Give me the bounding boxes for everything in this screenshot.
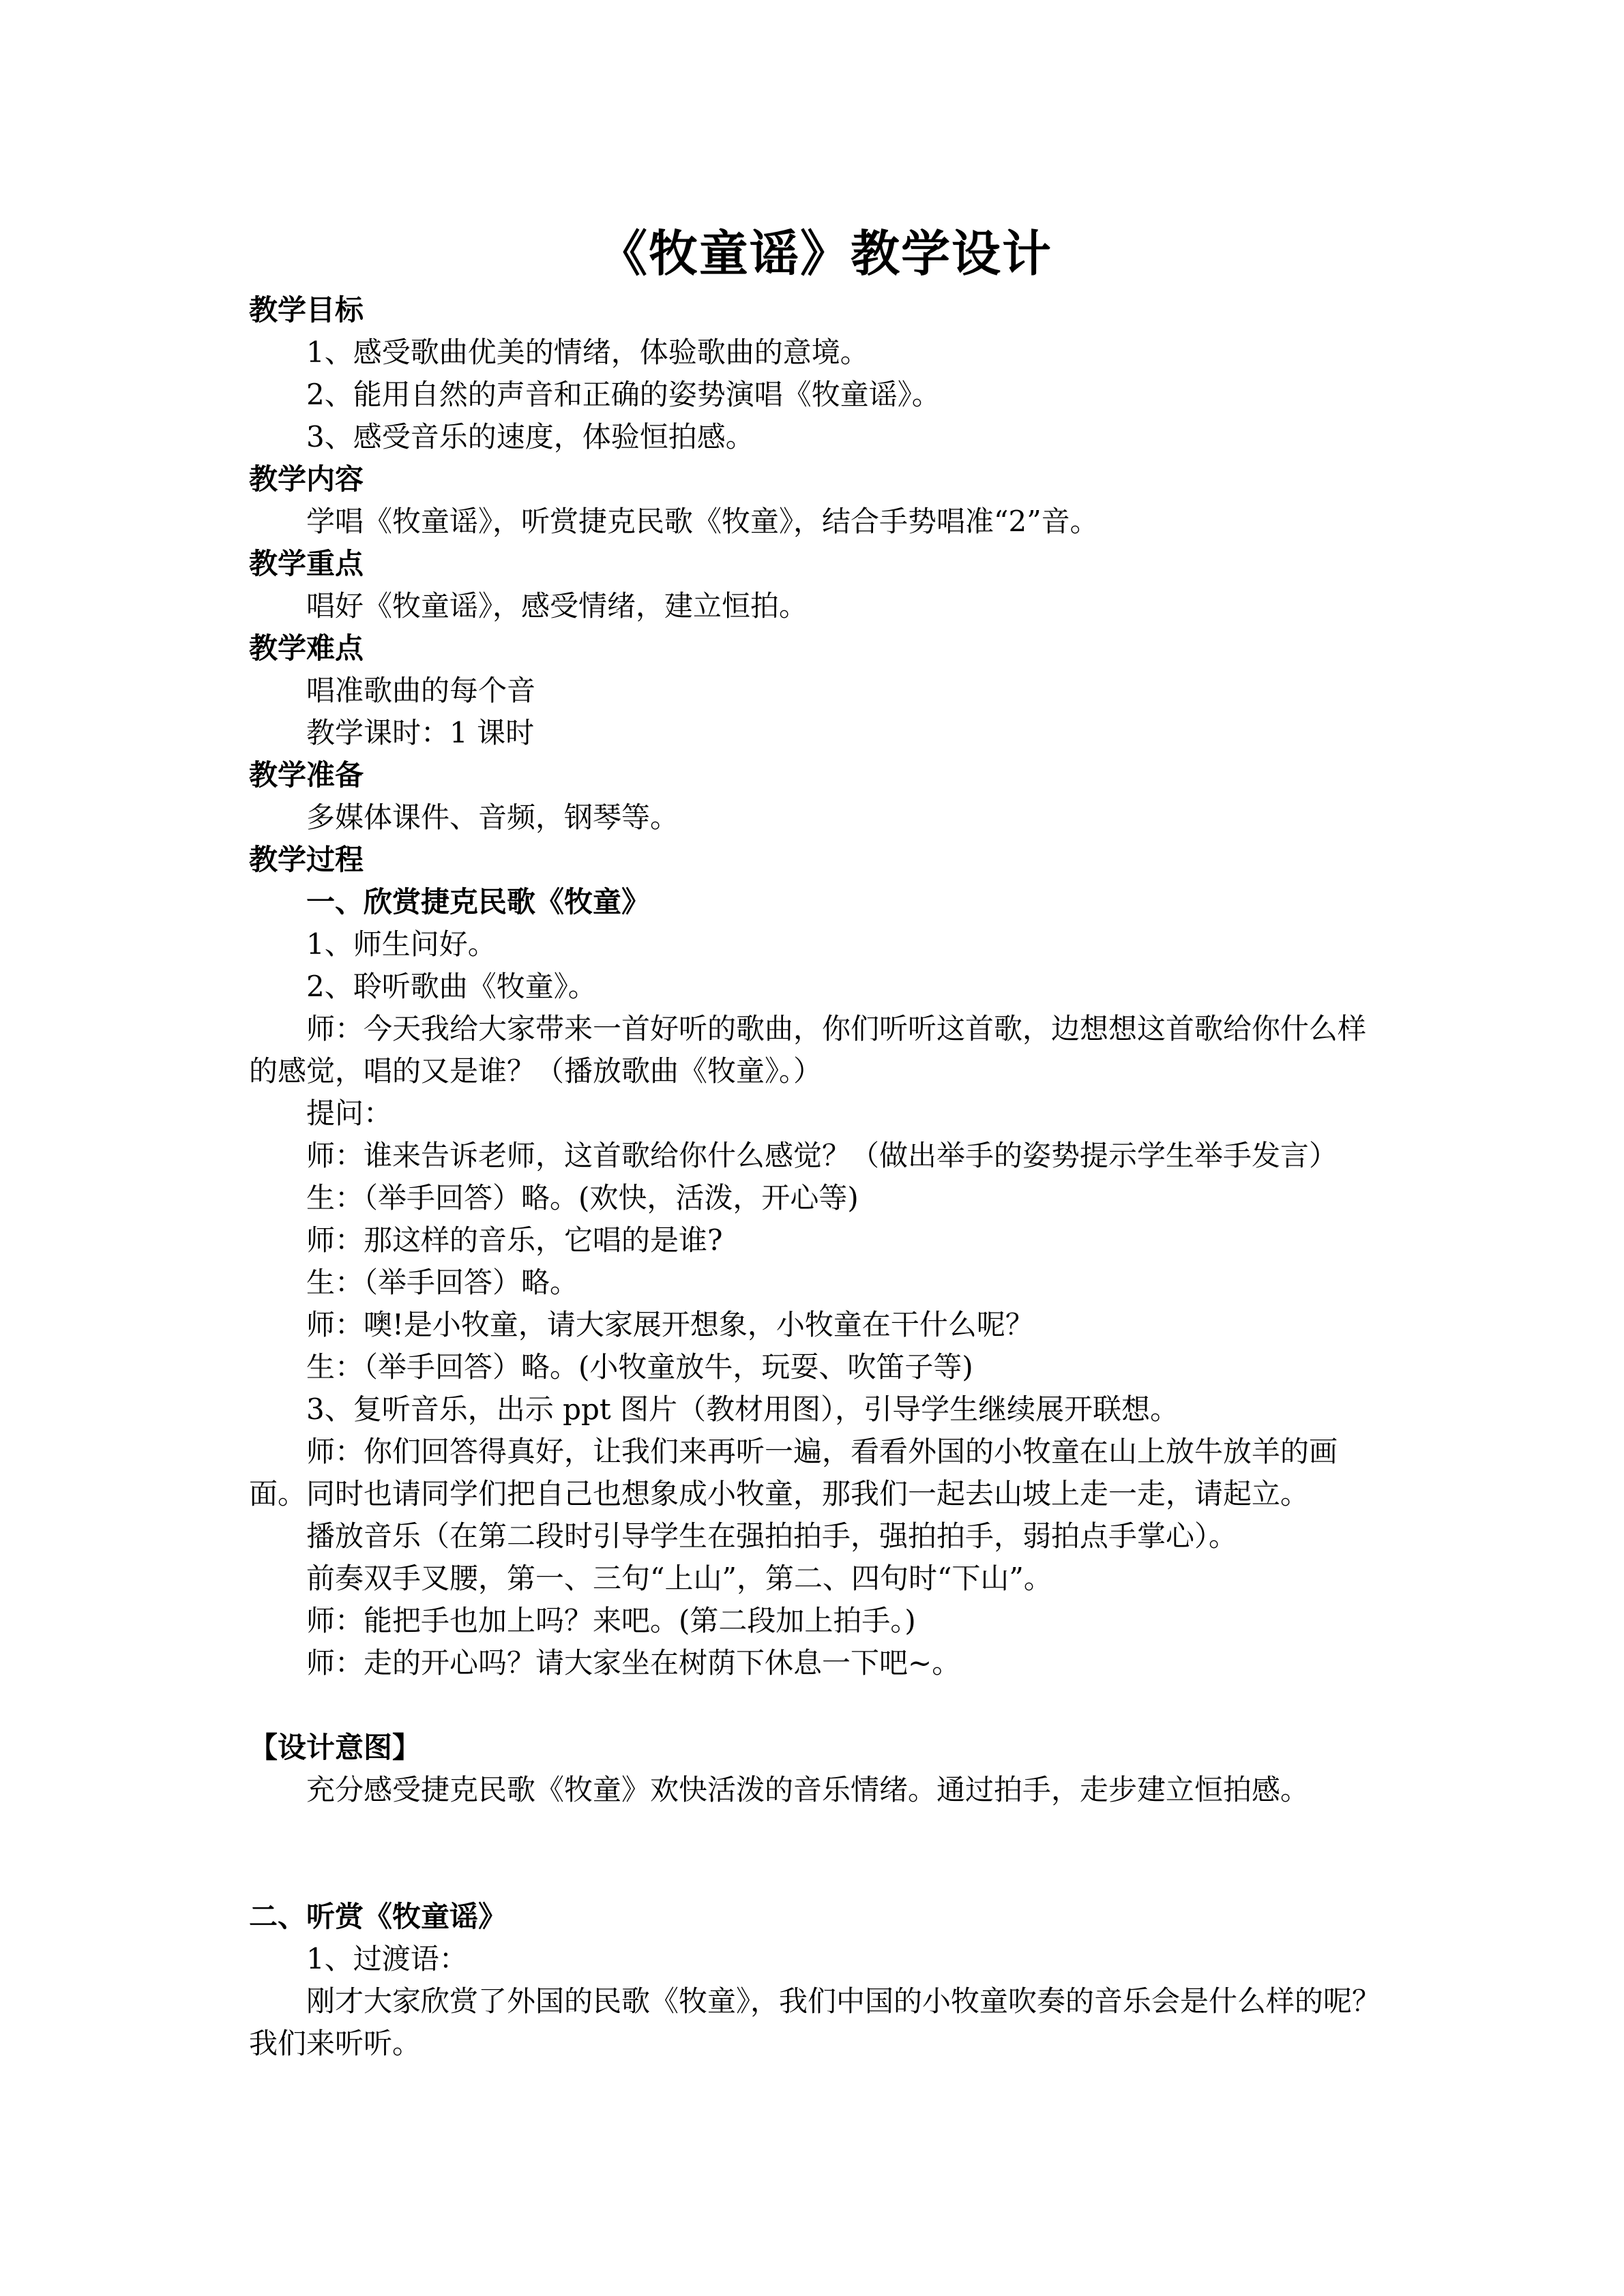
document-page: 《牧童谣》教学设计 教学目标1、感受歌曲优美的情绪，体验歌曲的意境。2、能用自然… bbox=[0, 0, 1624, 2296]
text-line: 唱准歌曲的每个音 bbox=[249, 670, 1402, 712]
text-line: 面。同时也请同学们把自己也想象成小牧童，那我们一起去山坡上走一走，请起立。 bbox=[249, 1473, 1402, 1515]
text-line: 师：那这样的音乐，它唱的是谁? bbox=[249, 1219, 1402, 1262]
text-line: 师：你们回答得真好，让我们来再听一遍，看看外国的小牧童在山上放牛放羊的画 bbox=[249, 1431, 1402, 1473]
text-line: 【设计意图】 bbox=[249, 1727, 1402, 1769]
text-line: 播放音乐（在第二段时引导学生在强拍拍手，强拍拍手，弱拍点手掌心）。 bbox=[249, 1515, 1402, 1557]
document-title: 《牧童谣》教学设计 bbox=[249, 218, 1402, 289]
text-line: 的感觉，唱的又是谁？（播放歌曲《牧童》。） bbox=[249, 1050, 1402, 1092]
document-body: 教学目标1、感受歌曲优美的情绪，体验歌曲的意境。2、能用自然的声音和正确的姿势演… bbox=[249, 289, 1402, 2065]
text-line: 1、师生问好。 bbox=[249, 923, 1402, 966]
text-line: 1、过渡语： bbox=[249, 1938, 1402, 1980]
text-line: 3、复听音乐，出示 ppt 图片（教材用图），引导学生继续展开联想。 bbox=[249, 1388, 1402, 1431]
document-content: 《牧童谣》教学设计 教学目标1、感受歌曲优美的情绪，体验歌曲的意境。2、能用自然… bbox=[249, 218, 1402, 2065]
text-line: 师：能把手也加上吗？来吧。(第二段加上拍手。) bbox=[249, 1600, 1402, 1642]
text-line: 师：今天我给大家带来一首好听的歌曲，你们听听这首歌，边想想这首歌给你什么样 bbox=[249, 1008, 1402, 1050]
text-line: 教学目标 bbox=[249, 289, 1402, 331]
text-line: 生：（举手回答）略。 bbox=[249, 1262, 1402, 1304]
text-line: 师：谁来告诉老师，这首歌给你什么感觉？（做出举手的姿势提示学生举手发言） bbox=[249, 1135, 1402, 1177]
text-line: 生：（举手回答）略。(小牧童放牛，玩耍、吹笛子等) bbox=[249, 1346, 1402, 1388]
text-line: 教学重点 bbox=[249, 543, 1402, 585]
blank-line bbox=[249, 1684, 1402, 1727]
text-line: 生：（举手回答）略。(欢快，活泼，开心等) bbox=[249, 1177, 1402, 1219]
text-line: 二、听赏《牧童谣》 bbox=[249, 1896, 1402, 1938]
text-line: 教学课时：1 课时 bbox=[249, 712, 1402, 754]
text-line: 一、欣赏捷克民歌《牧童》 bbox=[249, 881, 1402, 923]
text-line: 2、能用自然的声音和正确的姿势演唱《牧童谣》。 bbox=[249, 374, 1402, 416]
text-line: 教学内容 bbox=[249, 458, 1402, 501]
text-line: 师：噢!是小牧童，请大家展开想象，小牧童在干什么呢？ bbox=[249, 1304, 1402, 1346]
text-line: 教学准备 bbox=[249, 754, 1402, 796]
text-line: 提问： bbox=[249, 1092, 1402, 1135]
text-line: 师：走的开心吗？请大家坐在树荫下休息一下吧~。 bbox=[249, 1642, 1402, 1684]
text-line: 刚才大家欣赏了外国的民歌《牧童》，我们中国的小牧童吹奏的音乐会是什么样的呢？ bbox=[249, 1980, 1402, 2023]
blank-line bbox=[249, 1811, 1402, 1853]
blank-line bbox=[249, 1853, 1402, 1896]
text-line: 唱好《牧童谣》，感受情绪，建立恒拍。 bbox=[249, 585, 1402, 627]
text-line: 多媒体课件、音频，钢琴等。 bbox=[249, 796, 1402, 839]
text-line: 我们来听听。 bbox=[249, 2023, 1402, 2065]
text-line: 1、感受歌曲优美的情绪，体验歌曲的意境。 bbox=[249, 331, 1402, 374]
text-line: 教学过程 bbox=[249, 839, 1402, 881]
text-line: 2、聆听歌曲《牧童》。 bbox=[249, 966, 1402, 1008]
text-line: 充分感受捷克民歌《牧童》欢快活泼的音乐情绪。通过拍手，走步建立恒拍感。 bbox=[249, 1769, 1402, 1811]
text-line: 学唱《牧童谣》，听赏捷克民歌《牧童》，结合手势唱准“2”音。 bbox=[249, 501, 1402, 543]
text-line: 3、感受音乐的速度，体验恒拍感。 bbox=[249, 416, 1402, 458]
text-line: 教学难点 bbox=[249, 627, 1402, 670]
text-line: 前奏双手叉腰，第一、三句“上山”，第二、四句时“下山”。 bbox=[249, 1557, 1402, 1600]
